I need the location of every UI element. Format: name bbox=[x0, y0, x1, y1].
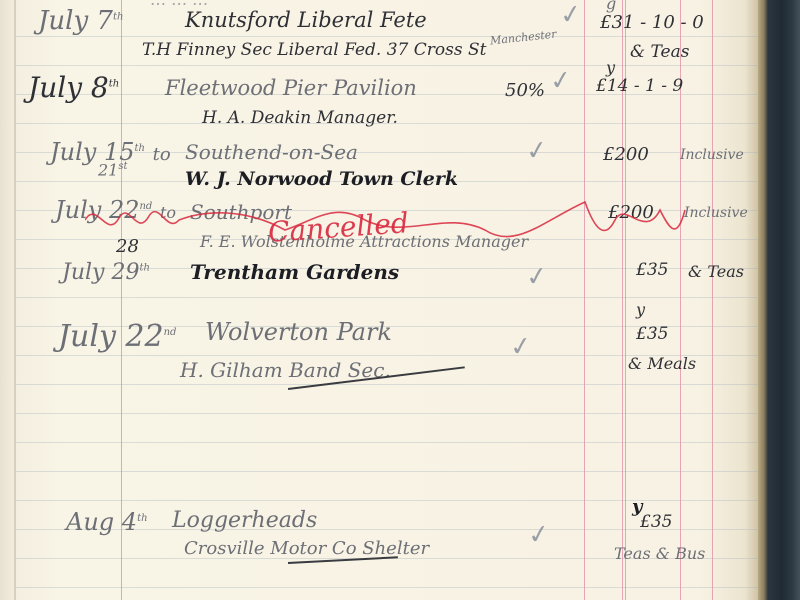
entry-fee: £35 bbox=[636, 262, 668, 279]
cutoff-text: … … … bbox=[150, 0, 208, 8]
entry-date: July 22nd bbox=[58, 322, 176, 352]
ruled-line bbox=[16, 297, 758, 298]
ruled-line bbox=[16, 587, 758, 588]
entry-contact: W. J. Norwood Town Clerk bbox=[185, 170, 458, 189]
entry-fee: £31 - 10 - 0 bbox=[600, 14, 704, 32]
check-mark-icon: ✓ bbox=[524, 135, 550, 168]
entry-terms: 50% bbox=[505, 82, 545, 100]
entry-venue: Southend-on-Sea bbox=[185, 142, 358, 162]
ledger-page: … … … July 7th Knutsford Liberal Fete Ma… bbox=[0, 0, 758, 600]
entry-fee: £35 bbox=[636, 326, 668, 343]
entry-extras: Inclusive bbox=[680, 148, 744, 162]
ruled-line bbox=[16, 65, 758, 66]
cancelled-scribble-icon bbox=[85, 190, 705, 270]
entry-contact: H. Gilham Band Sec. bbox=[180, 360, 391, 380]
entry-extras: & Teas bbox=[630, 44, 689, 61]
ruled-line bbox=[16, 384, 758, 385]
entry-date-end: 21st bbox=[98, 162, 128, 178]
ruled-line bbox=[16, 500, 758, 501]
ruled-line bbox=[16, 471, 758, 472]
entry-venue: Knutsford Liberal Fete bbox=[185, 10, 427, 31]
check-mark-icon: ✓ bbox=[526, 519, 552, 552]
entry-fee: £14 - 1 - 9 bbox=[596, 78, 683, 95]
entry-date: July 8th bbox=[28, 74, 119, 102]
ruled-line bbox=[16, 36, 758, 37]
entry-contact-note: Manchester bbox=[490, 29, 557, 47]
ruled-line bbox=[16, 442, 758, 443]
check-mark-icon: ✓ bbox=[558, 0, 584, 31]
entry-fee-mark: g bbox=[606, 0, 616, 12]
entry-contact: T.H Finney Sec Liberal Fed. 37 Cross St bbox=[142, 42, 486, 59]
book-spine bbox=[758, 0, 800, 600]
entry-extras: Teas & Bus bbox=[614, 546, 705, 562]
entry-fee: £200 bbox=[603, 146, 649, 164]
entry-venue: Fleetwood Pier Pavilion bbox=[165, 78, 417, 99]
entry-fee-mark: y bbox=[636, 302, 645, 318]
entry-date: July 29th bbox=[62, 262, 150, 284]
entry-extras: & Meals bbox=[628, 356, 696, 372]
entry-fee-mark: y bbox=[606, 60, 615, 76]
ruled-line bbox=[16, 413, 758, 414]
check-mark-icon: ✓ bbox=[548, 65, 574, 98]
entry-fee: £35 bbox=[640, 514, 672, 531]
column-rule bbox=[584, 0, 585, 600]
check-mark-icon: ✓ bbox=[508, 331, 534, 364]
column-rule bbox=[712, 0, 713, 600]
entry-extras: & Teas bbox=[688, 264, 744, 280]
entry-contact: Crosville Motor Co Shelter bbox=[184, 540, 429, 558]
entry-date: Aug 4th bbox=[66, 510, 148, 534]
page-edge bbox=[14, 0, 16, 600]
entry-contact: H. A. Deakin Manager. bbox=[202, 110, 398, 127]
entry-date: July 7th bbox=[38, 8, 123, 34]
entry-venue: Trentham Gardens bbox=[190, 262, 399, 282]
check-mark-icon: ✓ bbox=[524, 261, 550, 294]
entry-venue: Loggerheads bbox=[172, 510, 317, 532]
entry-venue: Wolverton Park bbox=[205, 320, 392, 344]
